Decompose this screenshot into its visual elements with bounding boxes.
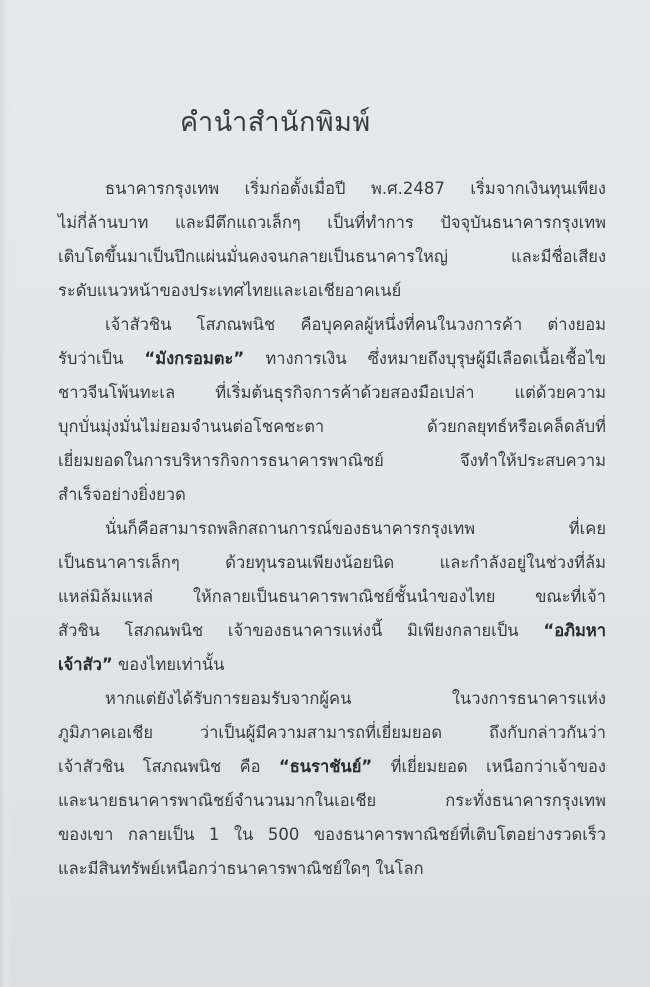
- text-line: ของเขา กลายเป็น 1 ใน 500 ของธนาคารพาณิชย…: [58, 820, 606, 854]
- text-line: ภูมิภาคเอเชีย ว่าเป็นผู้มีความสามารถที่เ…: [58, 718, 606, 752]
- text-line: นั่นก็คือสามารถพลิกสถานการณ์ของธนาคารกรุ…: [58, 514, 606, 548]
- text-line: ไม่กี่ล้านบาท และมีตึกแถวเล็กๆ เป็นที่ทำ…: [58, 208, 606, 242]
- text-line: สัวชิน โสภณพนิช เจ้าของธนาคารแห่งนี้ มิเ…: [58, 616, 606, 650]
- page-title: คำนำสำนักพิมพ์: [180, 100, 371, 143]
- text-line: แหล่มิล้มแหล่ ให้กลายเป็นธนาคารพาณิชย์ชั…: [58, 582, 606, 616]
- text-line: เติบโตขึ้นมาเป็นปึกแผ่นมั่นคงจนกลายเป็นธ…: [58, 242, 606, 276]
- text-line: บุกบั่นมุ่งมั่นไม่ยอมจำนนต่อโชคชะตา ด้วย…: [58, 412, 606, 446]
- text-line: ระดับแนวหน้าของประเทศไทยและเอเชียอาคเนย์: [58, 276, 606, 310]
- emphasis-term: “มังกรอมตะ”: [144, 349, 244, 368]
- text-line: ธนาคารกรุงเทพ เริ่มก่อตั้งเมื่อปี พ.ศ.24…: [58, 174, 606, 208]
- text-line: เจ้าสัวชิน โสภณพนิช คือบุคคลผู้หนึ่งที่ค…: [58, 310, 606, 344]
- page-edge-shadow: [0, 0, 10, 987]
- text-line: เจ้าสัว” ของไทยเท่านั้น: [58, 650, 606, 684]
- text-line: เยี่ยมยอดในการบริหารกิจการธนาคารพาณิชย์ …: [58, 446, 606, 480]
- text-line: หากแต่ยังได้รับการยอมรับจากผู้คน ในวงการ…: [58, 684, 606, 718]
- emphasis-term: “ธนราชันย์”: [279, 757, 372, 776]
- text-line: เจ้าสัวชิน โสภณพนิช คือ “ธนราชันย์” ที่เ…: [58, 752, 606, 786]
- text-line: และนายธนาคารพาณิชย์จำนวนมากในเอเชีย กระท…: [58, 786, 606, 820]
- text-line: รับว่าเป็น “มังกรอมตะ” ทางการเงิน ซึ่งหม…: [58, 344, 606, 378]
- text-line: ชาวจีนโพ้นทะเล ที่เริ่มต้นธุรกิจการค้าด้…: [58, 378, 606, 412]
- text-line: สำเร็จอย่างยิ่งยวด: [58, 480, 606, 514]
- text-line: เป็นธนาคารเล็กๆ ด้วยทุนรอนเพียงน้อยนิด แ…: [58, 548, 606, 582]
- emphasis-term: เจ้าสัว”: [58, 655, 113, 674]
- emphasis-term: “อภิมหา: [543, 621, 606, 640]
- page-body: ธนาคารกรุงเทพ เริ่มก่อตั้งเมื่อปี พ.ศ.24…: [58, 174, 606, 888]
- text-line: และมีสินทรัพย์เหนือกว่าธนาคารพาณิชย์ใดๆ …: [58, 854, 606, 888]
